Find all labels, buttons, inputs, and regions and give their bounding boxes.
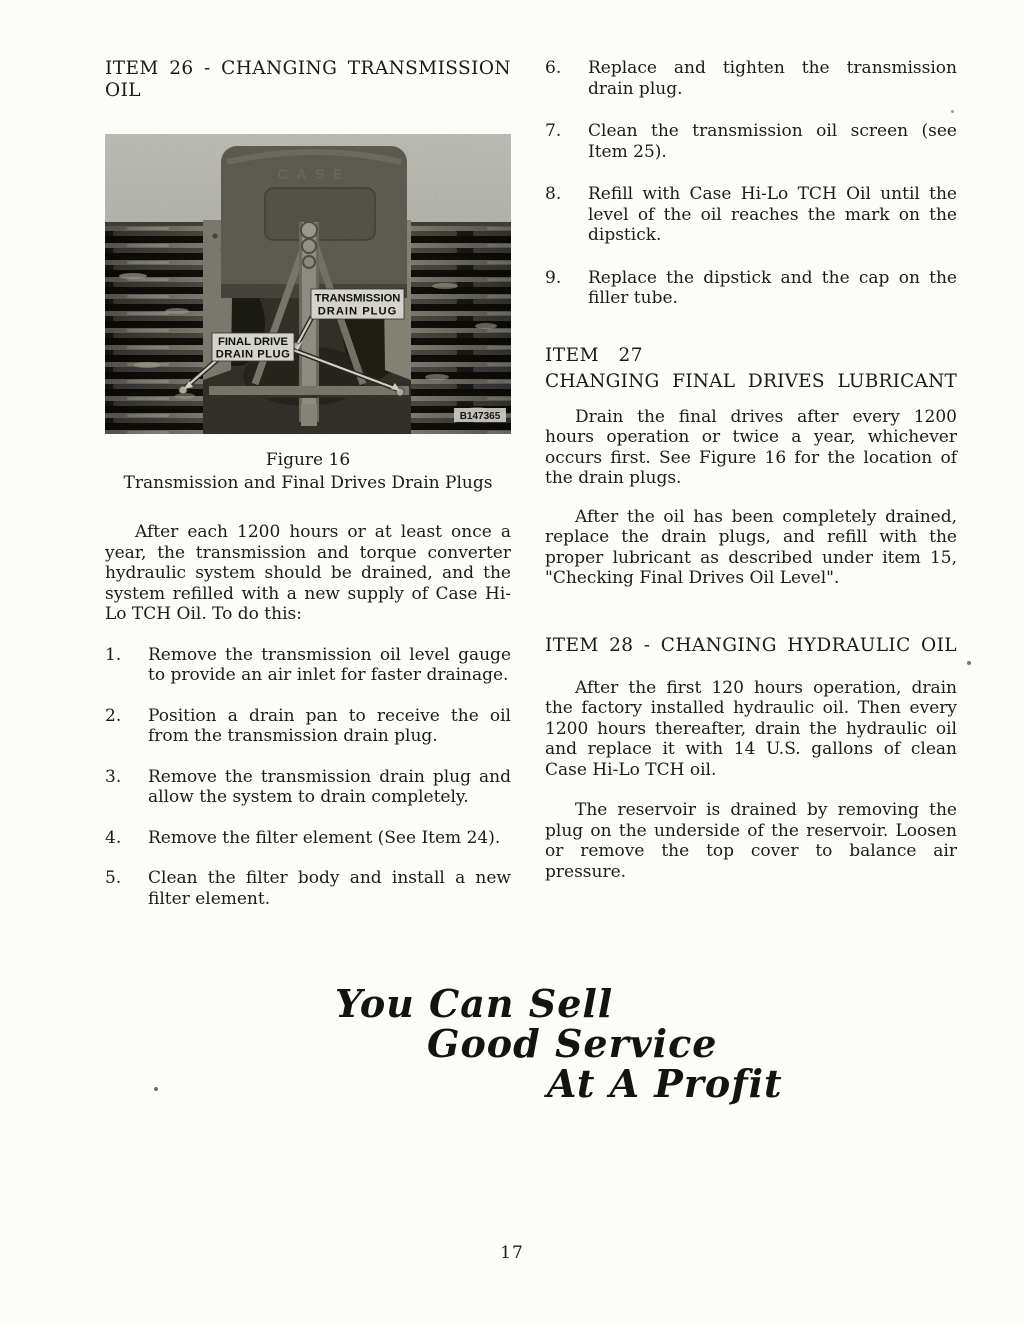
- item-27-heading-line2: CHANGING FINAL DRIVES LUBRICANT: [545, 369, 957, 395]
- manual-page: ITEM 26 - CHANGING TRANSMISSION OIL: [0, 0, 1024, 1325]
- step-text: Remove the transmission drain plug and a…: [148, 767, 511, 808]
- list-item-4: 4. Remove the filter element (See Item 2…: [105, 828, 511, 849]
- slogan-line3: At A Profit: [547, 1064, 783, 1104]
- scan-artifact-dot: [154, 1087, 158, 1091]
- list-item-9: 9. Replace the dipstick and the cap on t…: [545, 268, 957, 309]
- item-28-paragraph-1: After the first 120 hours operation, dra…: [545, 678, 957, 781]
- scan-artifact-dot: [951, 110, 954, 113]
- left-column: ITEM 26 - CHANGING TRANSMISSION OIL: [105, 58, 511, 929]
- step-number: 2.: [105, 706, 148, 747]
- step-text: Clean the filter body and install a new …: [148, 868, 511, 909]
- step-number: 8.: [545, 184, 588, 246]
- figure-caption-line2: Transmission and Final Drives Drain Plug…: [105, 472, 511, 495]
- list-item-8: 8. Refill with Case Hi-Lo TCH Oil until …: [545, 184, 957, 246]
- list-item-7: 7. Clean the transmission oil screen (se…: [545, 121, 957, 162]
- slogan-line2: Good Service: [427, 1024, 783, 1064]
- list-item-2: 2. Position a drain pan to receive the o…: [105, 706, 511, 747]
- crawler-tractor-photo: CASE: [105, 134, 511, 434]
- figure-16-photo: CASE: [105, 134, 511, 434]
- step-text: Position a drain pan to receive the oil …: [148, 706, 511, 747]
- right-column: 6. Replace and tighten the transmission …: [545, 58, 957, 882]
- step-number: 3.: [105, 767, 148, 808]
- figure-caption-line1: Figure 16: [105, 449, 511, 472]
- steps-6-9: 6. Replace and tighten the transmission …: [545, 58, 957, 309]
- slogan-line1: You Can Sell: [335, 984, 783, 1024]
- list-item-5: 5. Clean the filter body and install a n…: [105, 868, 511, 909]
- sales-slogan: You Can Sell Good Service At A Profit: [335, 984, 783, 1104]
- item-26-heading: ITEM 26 - CHANGING TRANSMISSION OIL: [105, 58, 511, 102]
- figure-caption: Figure 16 Transmission and Final Drives …: [105, 449, 511, 495]
- steps-1-5: 1. Remove the transmission oil level gau…: [105, 645, 511, 910]
- step-text: Clean the transmission oil screen (see I…: [588, 121, 957, 162]
- step-number: 9.: [545, 268, 588, 309]
- step-number: 7.: [545, 121, 588, 162]
- item-28-paragraph-2: The reservoir is drained by removing the…: [545, 800, 957, 882]
- step-number: 5.: [105, 868, 148, 909]
- step-text: Remove the filter element (See Item 24).: [148, 828, 511, 849]
- page-number: 17: [0, 1243, 1024, 1263]
- item-27-heading-line1: ITEM 27: [545, 343, 957, 369]
- item-27-paragraph-1: Drain the final drives after every 1200 …: [545, 407, 957, 489]
- step-number: 1.: [105, 645, 148, 686]
- step-text: Remove the transmission oil level gauge …: [148, 645, 511, 686]
- step-number: 4.: [105, 828, 148, 849]
- list-item-6: 6. Replace and tighten the transmission …: [545, 58, 957, 99]
- list-item-3: 3. Remove the transmission drain plug an…: [105, 767, 511, 808]
- step-number: 6.: [545, 58, 588, 99]
- step-text: Replace the dipstick and the cap on the …: [588, 268, 957, 309]
- list-item-1: 1. Remove the transmission oil level gau…: [105, 645, 511, 686]
- step-text: Replace and tighten the transmission dra…: [588, 58, 957, 99]
- step-text: Refill with Case Hi-Lo TCH Oil until the…: [588, 184, 957, 246]
- item-27-paragraph-2: After the oil has been completely draine…: [545, 507, 957, 589]
- item-27-heading: ITEM 27 CHANGING FINAL DRIVES LUBRICANT: [545, 343, 957, 395]
- scan-artifact-dot: [967, 661, 971, 665]
- item-28-heading: ITEM 28 - CHANGING HYDRAULIC OIL: [545, 635, 957, 657]
- item-26-intro: After each 1200 hours or at least once a…: [105, 522, 511, 625]
